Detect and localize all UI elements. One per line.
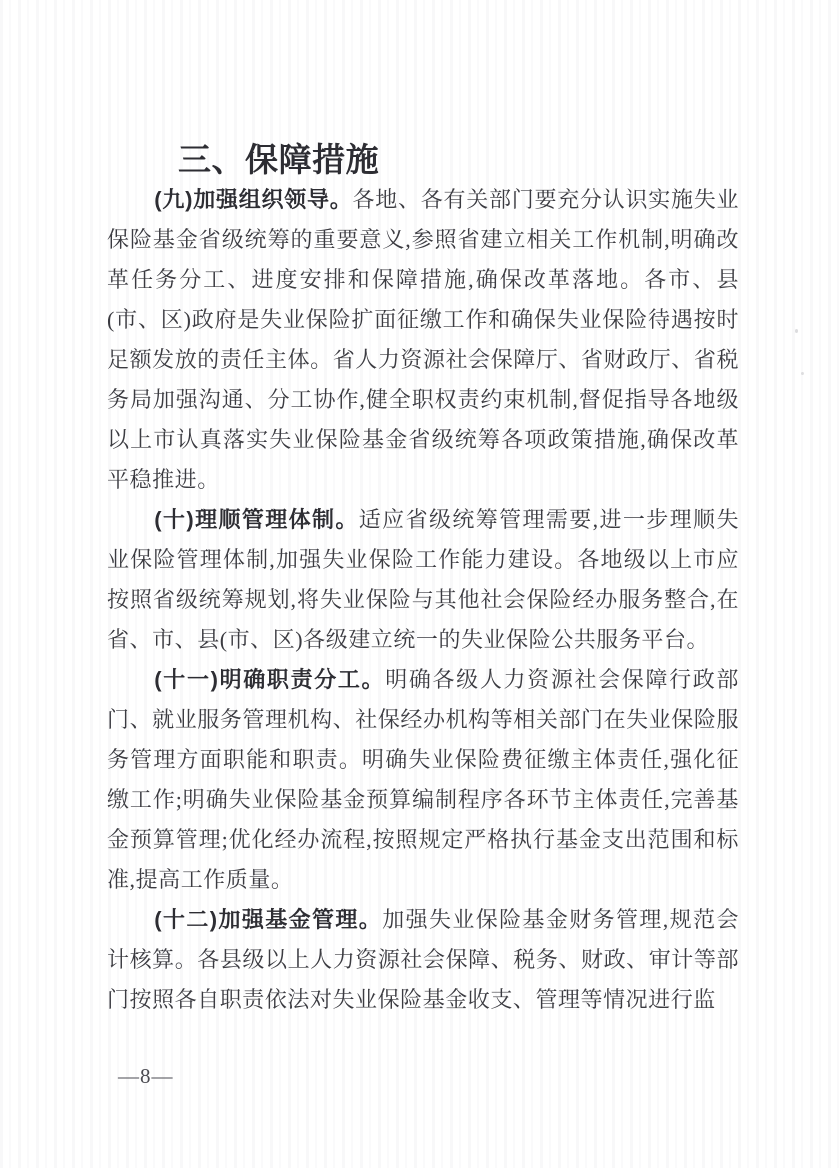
scan-noise-speck — [795, 329, 798, 333]
scanned-document-page: 三、保障措施 (九)加强组织领导。各地、各有关部门要充分认识实施失业保险基金省级… — [0, 0, 840, 1168]
paragraph-9-lead: (九)加强组织领导。 — [154, 187, 352, 212]
paragraph-11-text: 明确各级人力资源社会保障行政部门、就业服务管理机构、社保经办机构等相关部门在失业… — [107, 667, 739, 892]
paragraph-12: (十二)加强基金管理。加强失业保险基金财务管理,规范会计核算。各县级以上人力资源… — [107, 900, 739, 1020]
paragraph-10-lead: (十)理顺管理体制。 — [154, 507, 359, 532]
paragraph-9: (九)加强组织领导。各地、各有关部门要充分认识实施失业保险基金省级统筹的重要意义… — [107, 180, 739, 500]
page-number: —8— — [118, 1056, 174, 1096]
document-text-block: 三、保障措施 (九)加强组织领导。各地、各有关部门要充分认识实施失业保险基金省级… — [107, 140, 739, 1020]
scan-noise-speck — [801, 372, 804, 375]
section-heading: 三、保障措施 — [107, 140, 739, 180]
paragraph-12-lead: (十二)加强基金管理。 — [154, 907, 382, 932]
paragraph-10: (十)理顺管理体制。适应省级统筹管理需要,进一步理顺失业保险管理体制,加强失业保… — [107, 500, 739, 660]
paragraph-9-text: 各地、各有关部门要充分认识实施失业保险基金省级统筹的重要意义,参照省建立相关工作… — [107, 187, 739, 492]
paragraph-11-lead: (十一)明确职责分工。 — [154, 667, 385, 692]
paragraph-11: (十一)明确职责分工。明确各级人力资源社会保障行政部门、就业服务管理机构、社保经… — [107, 660, 739, 900]
